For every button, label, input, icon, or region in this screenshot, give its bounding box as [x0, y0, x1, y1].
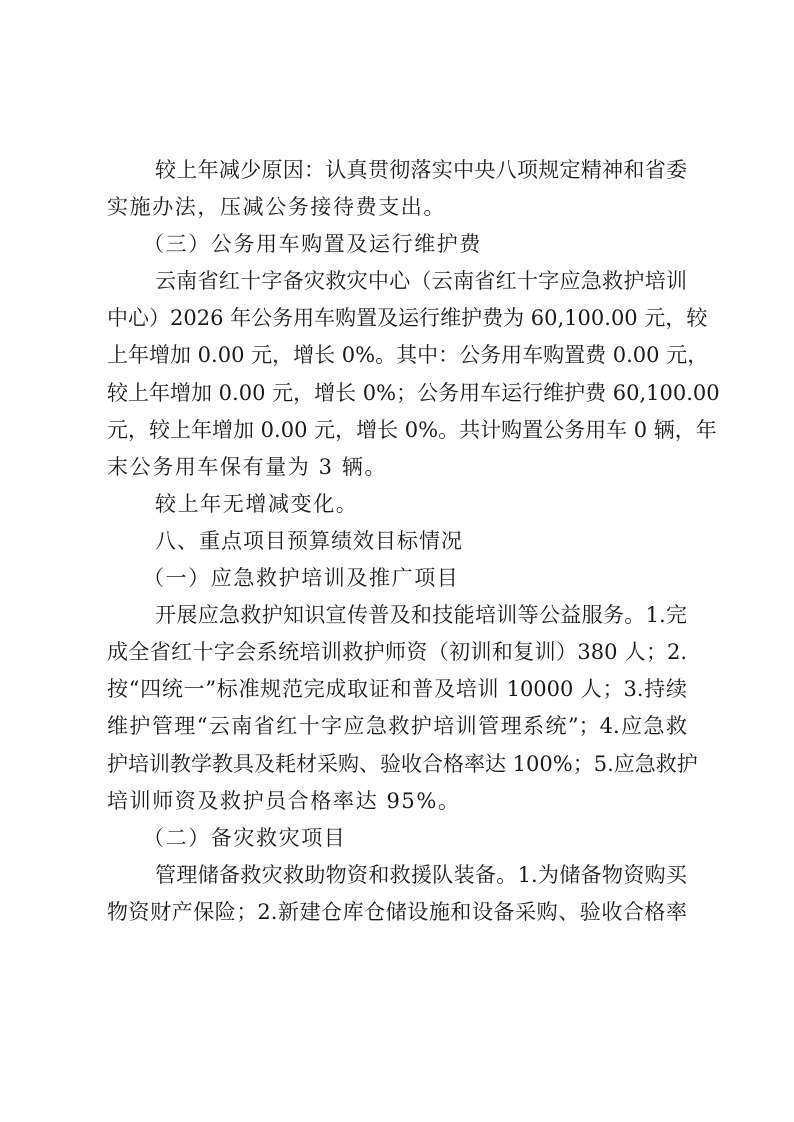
- subheading: （一）应急救护培训及推广项目: [107, 560, 687, 597]
- text-line: 管理储备救灾救助物资和救援队装备。1.为储备物资购买: [107, 857, 687, 894]
- text-line: 护培训教学教具及耗材采购、验收合格率达 100%；5.应急救护: [107, 746, 687, 783]
- text-line: 较上年增加 0.00 元，增长 0%；公务用车运行维护费 60,100.00: [107, 375, 687, 412]
- section-heading: 八、重点项目预算绩效目标情况: [107, 523, 687, 560]
- text-line: 开展应急救护知识宣传普及和技能培训等公益服务。1.完: [107, 597, 687, 634]
- text-line: 培训师资及救护员合格率达 95%。: [107, 783, 687, 820]
- text-line: 成全省红十字会系统培训救护师资（初训和复训）380 人；2.: [107, 634, 687, 671]
- document-page: 较上年减少原因：认真贯彻落实中央八项规定精神和省委 实施办法，压减公务接待费支出…: [107, 152, 687, 931]
- text-line: 较上年无增减变化。: [107, 486, 687, 523]
- text-line: 物资财产保险；2.新建仓库仓储设施和设备采购、验收合格率: [107, 894, 687, 931]
- text-line: 维护管理“云南省红十字应急救护培训管理系统”；4.应急救: [107, 708, 687, 745]
- text-line: 中心）2026 年公务用车购置及运行维护费为 60,100.00 元，较: [107, 300, 687, 337]
- text-line: 上年增加 0.00 元，增长 0%。其中：公务用车购置费 0.00 元，: [107, 337, 687, 374]
- subheading: （二）备灾救灾项目: [107, 820, 687, 857]
- text-line: 较上年减少原因：认真贯彻落实中央八项规定精神和省委: [107, 152, 687, 189]
- text-line: 按“四统一”标准规范完成取证和普及培训 10000 人；3.持续: [107, 671, 687, 708]
- subheading: （三）公务用车购置及运行维护费: [107, 226, 687, 263]
- text-line: 云南省红十字备灾救灾中心（云南省红十字应急救护培训: [107, 263, 687, 300]
- text-line: 末公务用车保有量为 3 辆。: [107, 449, 687, 486]
- text-line: 元，较上年增加 0.00 元，增长 0%。共计购置公务用车 0 辆，年: [107, 412, 687, 449]
- text-line: 实施办法，压减公务接待费支出。: [107, 189, 687, 226]
